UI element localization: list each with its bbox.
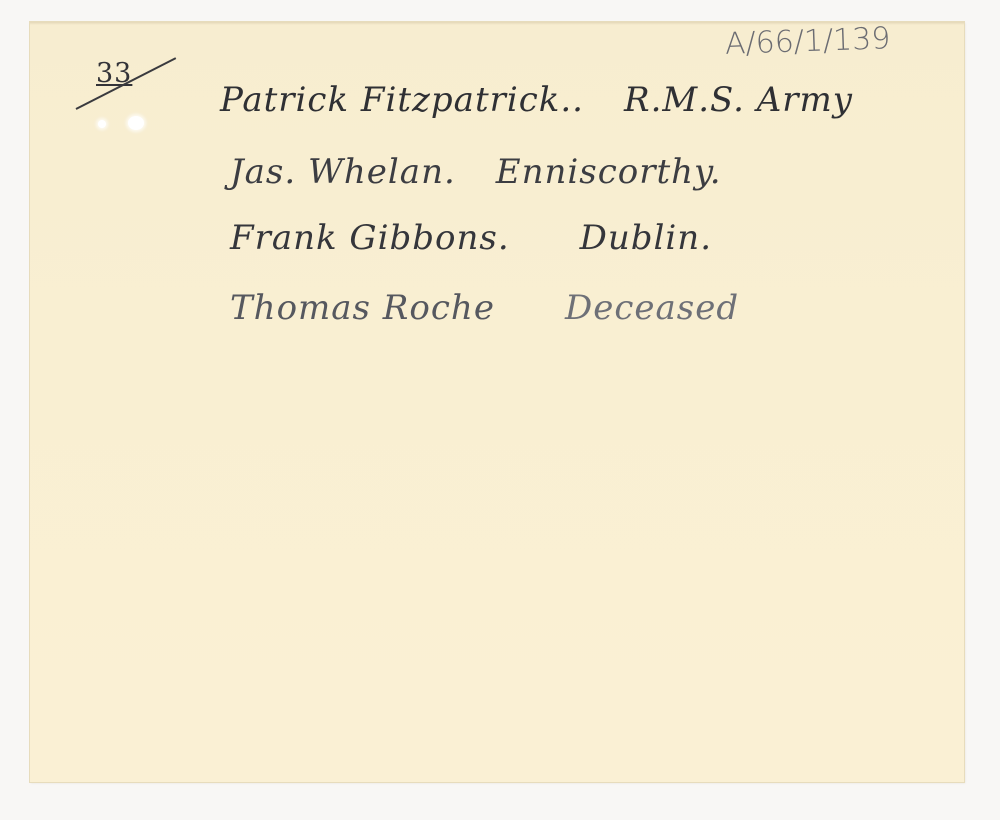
entry-status: Dublin.: [580, 218, 712, 258]
punch-hole-small: [98, 120, 106, 128]
entry-name: Frank Gibbons: [230, 218, 498, 258]
entry-separator: ..: [560, 80, 584, 120]
entry-row: Thomas RocheDeceased: [230, 288, 739, 328]
entry-status: Deceased: [565, 288, 739, 328]
entry-name: Patrick Fitzpatrick: [220, 80, 560, 120]
entry-status: R.M.S. Army: [624, 80, 853, 120]
entry-separator: .: [498, 218, 510, 258]
entry-row: Jas. Whelan.Enniscorthy.: [230, 152, 722, 192]
folio-number: 33: [96, 58, 132, 89]
entry-name: Jas. Whelan: [230, 152, 444, 192]
entry-row: Patrick Fitzpatrick..R.M.S. Army: [220, 80, 853, 120]
entry-separator: .: [444, 152, 456, 192]
punch-hole-large: [128, 116, 144, 130]
entry-row: Frank Gibbons.Dublin.: [230, 218, 712, 258]
entry-status: Enniscorthy.: [496, 152, 722, 192]
document-card: A/66/1/139 33 Patrick Fitzpatrick..R.M.S…: [30, 22, 964, 782]
entry-name: Thomas Roche: [230, 288, 495, 328]
archive-reference-number: A/66/1/139: [724, 21, 890, 62]
